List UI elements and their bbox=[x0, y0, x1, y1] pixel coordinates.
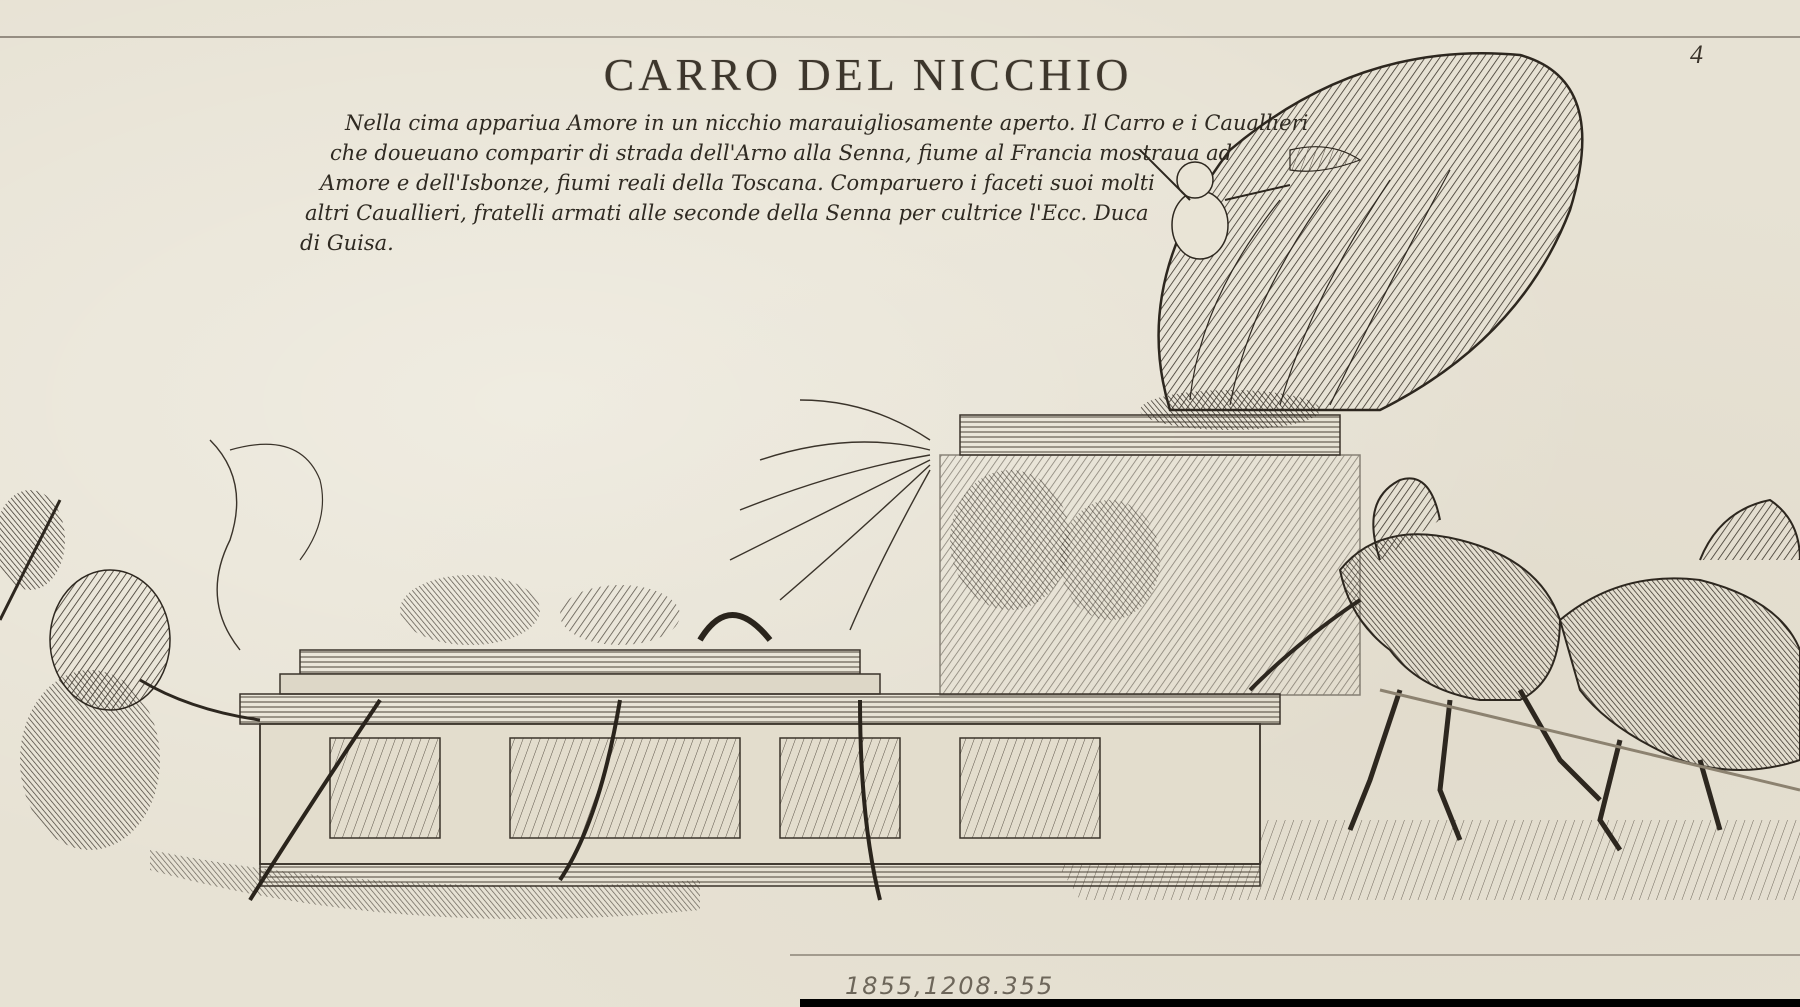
smoke-curl bbox=[230, 444, 323, 560]
relief-panel bbox=[780, 738, 900, 838]
black-bar bbox=[800, 999, 1800, 1007]
figures-left bbox=[0, 490, 260, 850]
engraving-illustration bbox=[0, 0, 1800, 1007]
smoke-curl bbox=[210, 440, 240, 650]
relief-panel bbox=[510, 738, 740, 838]
accession-number: 1855,1208.355 bbox=[845, 972, 1054, 1000]
relief-panel bbox=[960, 738, 1100, 838]
plume-fan bbox=[730, 400, 930, 630]
